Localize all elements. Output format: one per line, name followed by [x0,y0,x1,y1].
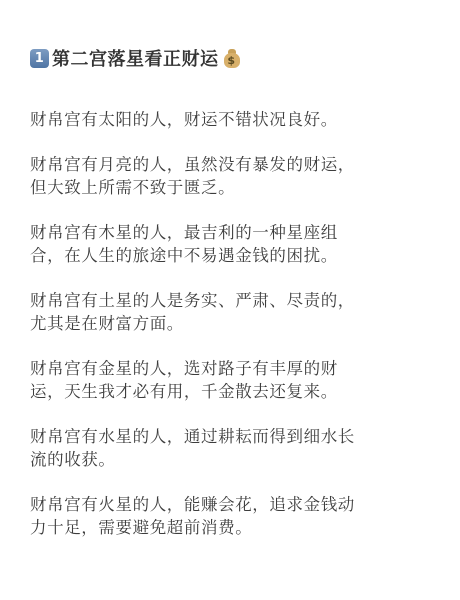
paragraph-list: 财帛宫有太阳的人，财运不错状况良好。 财帛宫有月亮的人，虽然没有暴发的财运， 但… [30,108,440,539]
paragraph-sun: 财帛宫有太阳的人，财运不错状况良好。 [30,108,440,131]
paragraph-jupiter: 财帛宫有木星的人，最吉利的一种星座组 合，在人生的旅途中不易遇金钱的困扰。 [30,221,440,267]
paragraph-saturn: 财帛宫有土星的人是务实、严肃、尽责的， 尤其是在财富方面。 [30,289,440,335]
paragraph-mars: 财帛宫有火星的人，能赚会花，追求金钱动 力十足，需要避免超前消费。 [30,493,440,539]
paragraph-line: 财帛宫有月亮的人，虽然没有暴发的财运， [30,153,440,176]
paragraph-mercury: 财帛宫有水星的人，通过耕耘而得到细水长 流的收获。 [30,425,440,471]
paragraph-line: 财帛宫有太阳的人，财运不错状况良好。 [30,108,440,131]
section-title: 1 第二宫落星看正财运 $ [30,46,440,70]
paragraph-line: 财帛宫有火星的人，能赚会花，追求金钱动 [30,493,440,516]
paragraph-line: 合，在人生的旅途中不易遇金钱的困扰。 [30,244,440,267]
keycap-number-icon: 1 [30,49,49,68]
paragraph-line: 流的收获。 [30,448,440,471]
paragraph-line: 尤其是在财富方面。 [30,312,440,335]
paragraph-line: 财帛宫有土星的人是务实、严肃、尽责的， [30,289,440,312]
paragraph-moon: 财帛宫有月亮的人，虽然没有暴发的财运， 但大致上所需不致于匮乏。 [30,153,440,199]
money-bag-icon: $ [223,48,241,68]
paragraph-line: 运，天生我才必有用，千金散去还复来。 [30,380,440,403]
paragraph-line: 力十足，需要避免超前消费。 [30,516,440,539]
paragraph-line: 财帛宫有金星的人，选对路子有丰厚的财 [30,357,440,380]
money-bag-body: $ [224,53,240,68]
paragraph-line: 但大致上所需不致于匮乏。 [30,176,440,199]
paragraph-line: 财帛宫有水星的人，通过耕耘而得到细水长 [30,425,440,448]
document-page: 1 第二宫落星看正财运 $ 财帛宫有太阳的人，财运不错状况良好。 财帛宫有月亮的… [30,46,440,561]
section-title-text: 第二宫落星看正财运 [52,45,219,71]
paragraph-venus: 财帛宫有金星的人，选对路子有丰厚的财 运，天生我才必有用，千金散去还复来。 [30,357,440,403]
paragraph-line: 财帛宫有木星的人，最吉利的一种星座组 [30,221,440,244]
